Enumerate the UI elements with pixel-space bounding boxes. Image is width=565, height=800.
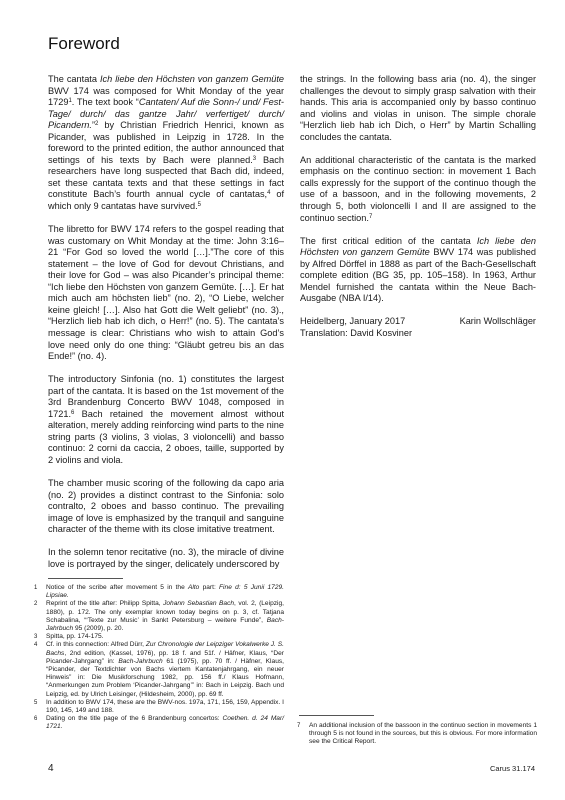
footnote-number: 2 [34,600,46,633]
text: The cantata [48,74,100,84]
footnotes-right: 7An additional inclusion of the bassoon … [297,722,537,747]
author-name: Karin Wollschläger [460,316,536,328]
place-date: Heidelberg, January 2017 [300,316,405,328]
footnote-number: 4 [34,641,46,698]
footnote-text: Reprint of the title after: Philipp Spit… [46,600,284,633]
publication-id: Carus 31.174 [490,764,535,773]
paragraph-editions: The first critical edition of the cantat… [300,236,536,305]
footnote-3: 3Spitta, pp. 174-175. [34,633,284,641]
footnote-text: Notice of the scribe after movement 5 in… [46,584,284,600]
footnote-5: 5In addition to BWV 174, these are the B… [34,699,284,715]
footnote-number: 1 [34,584,46,600]
signature-line: Heidelberg, January 2017 Karin Wollschlä… [300,316,536,328]
footnote-ref-3[interactable]: 3 [253,156,256,162]
footnote-number: 5 [34,699,46,715]
text: The first critical edition of the cantat… [300,236,477,246]
translator-credit: Translation: David Kosviner [300,328,536,340]
cantata-title: Ich liebe den Höchsten von ganzem Gemüte [100,74,284,84]
paragraph-continuo: An additional characteristic of the cant… [300,155,536,224]
footnote-ref-4[interactable]: 4 [267,190,270,196]
footnote-number: 6 [34,715,46,731]
footnote-6: 6Dating on the title page of the 6 Brand… [34,715,284,731]
left-column: The cantata Ich liebe den Höchsten von g… [48,74,284,582]
paragraph-libretto: The libretto for BWV 174 refers to the g… [48,224,284,363]
footnote-4: 4Cf. in this connection: Alfred Dürr, Zu… [34,641,284,698]
footnote-ref-7[interactable]: 7 [369,214,372,220]
footnote-text: An additional inclusion of the bassoon i… [309,722,537,747]
footnote-number: 3 [34,633,46,641]
footnote-text: Spitta, pp. 174-175. [46,633,284,641]
footnote-7: 7An additional inclusion of the bassoon … [297,722,537,747]
page-number: 4 [48,763,54,774]
right-column: the strings. In the following bass aria … [300,74,536,339]
paragraph-aria: The chamber music scoring of the followi… [48,478,284,536]
footnote-ref-5[interactable]: 5 [198,202,201,208]
footnote-ref-6[interactable]: 6 [71,410,74,416]
text: An additional characteristic of the cant… [300,155,536,223]
footnote-text: Cf. in this connection: Alfred Dürr, Zur… [46,641,284,698]
footnote-number: 7 [297,722,309,747]
paragraph-sinfonia: The introductory Sinfonia (no. 1) consti… [48,374,284,466]
footnote-2: 2Reprint of the title after: Philipp Spi… [34,600,284,633]
paragraph-recitative: In the solemn tenor recitative (no. 3), … [48,547,284,570]
footnote-divider-right [299,715,374,716]
paragraph-bass-aria: the strings. In the following bass aria … [300,74,536,143]
footnote-ref-2[interactable]: 2 [95,121,98,127]
paragraph-intro: The cantata Ich liebe den Höchsten von g… [48,74,284,213]
footnote-1: 1Notice of the scribe after movement 5 i… [34,584,284,600]
text: . The text book “ [72,97,139,107]
text: Bach retained the movement almost withou… [48,409,284,465]
footnote-text: In addition to BWV 174, these are the BW… [46,699,284,715]
footnotes-left: 1Notice of the scribe after movement 5 i… [34,584,284,732]
footnote-text: Dating on the title page of the 6 Brande… [46,715,284,731]
page-title: Foreword [48,34,120,54]
footnote-divider-left [48,578,123,579]
footnote-ref-1[interactable]: 1 [68,98,71,104]
